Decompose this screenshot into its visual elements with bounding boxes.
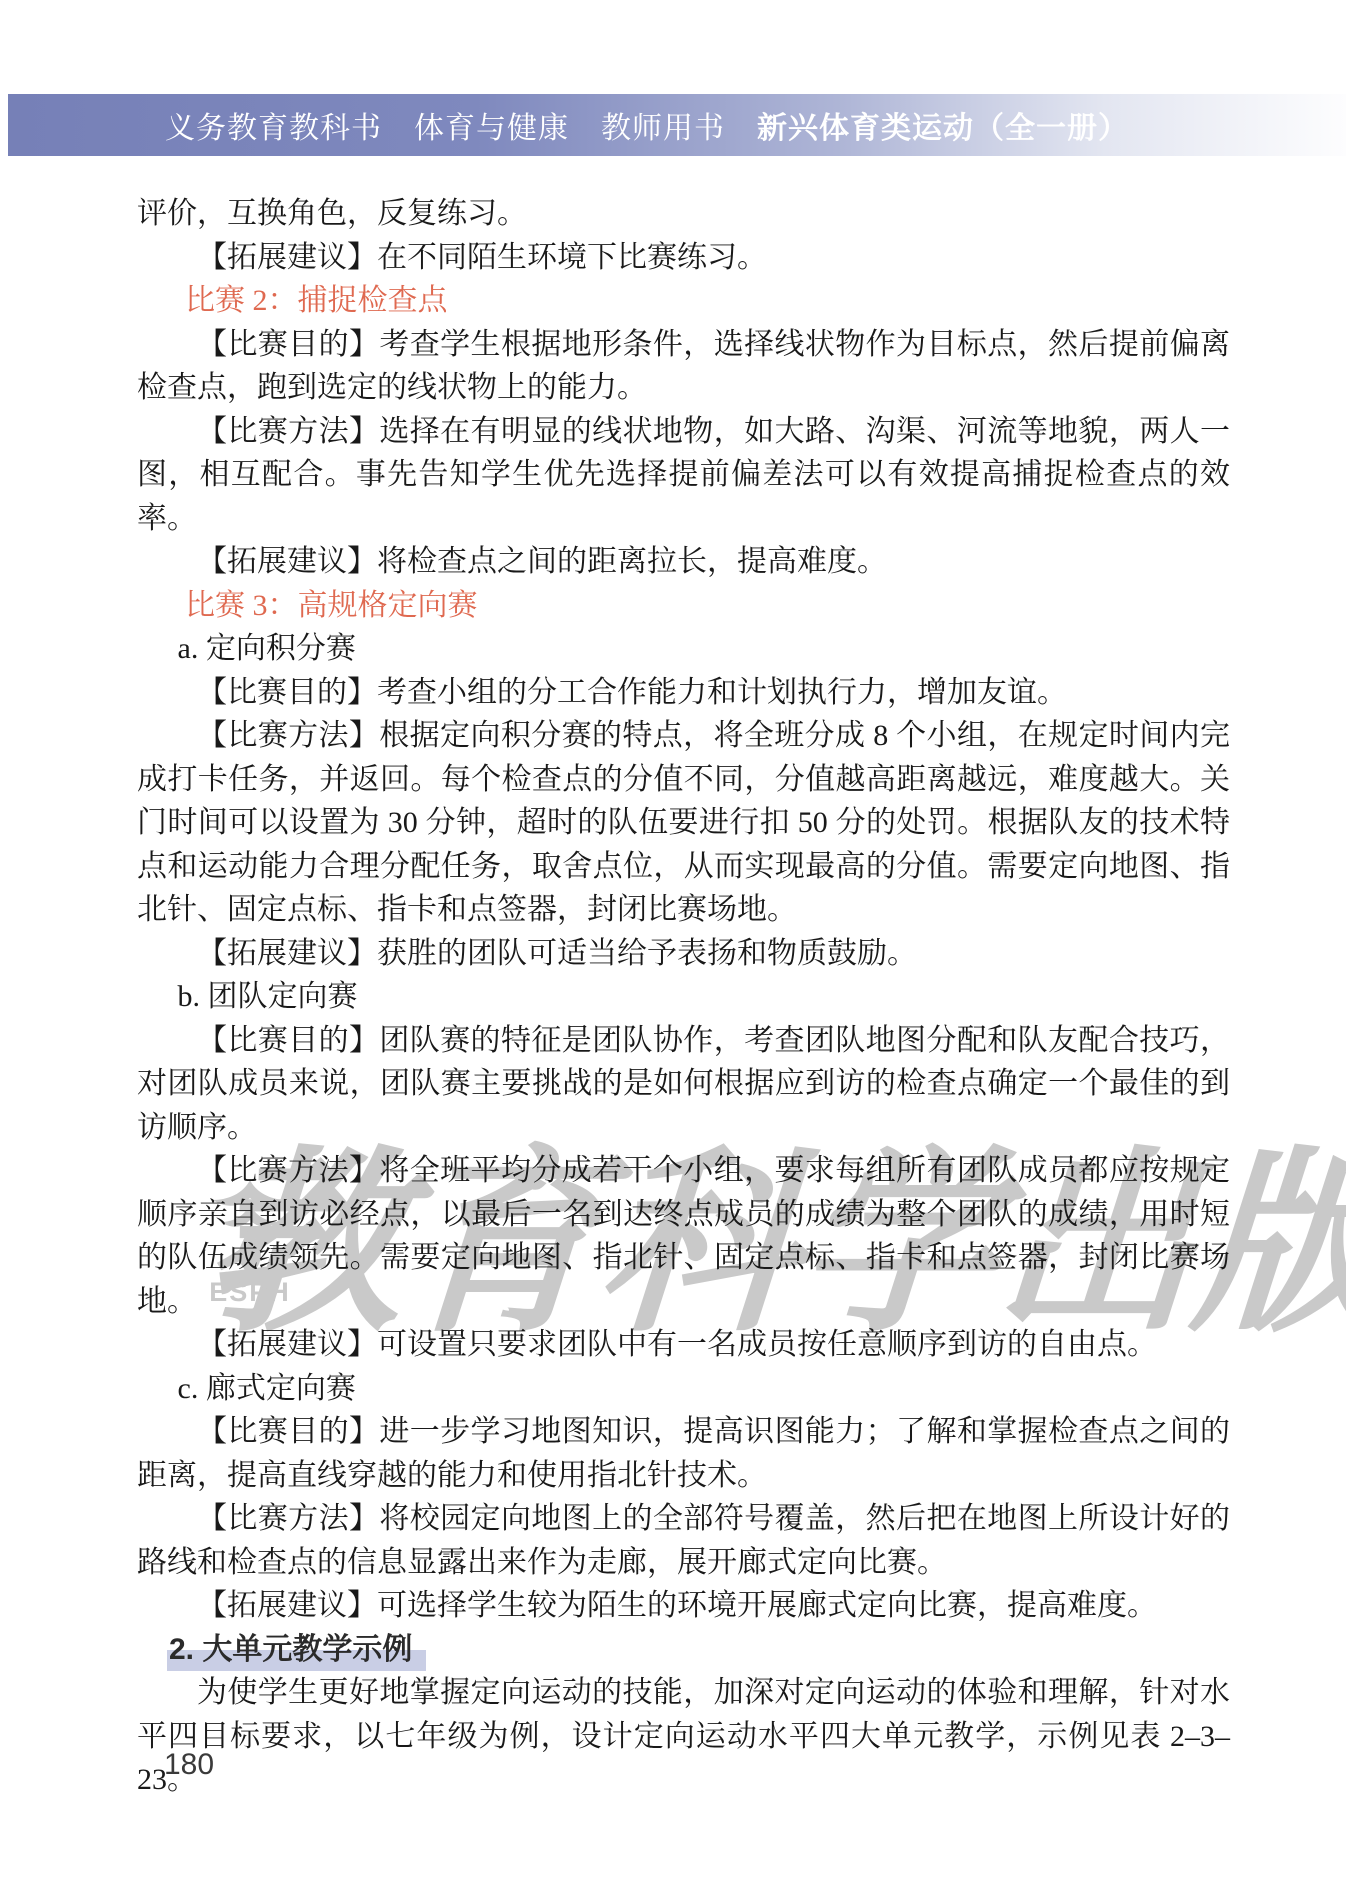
header-booktype-label: 教师用书 — [601, 103, 725, 147]
paragraph: 【比赛方法】根据定向积分赛的特点，将全班分成 8 个小组，在规定时间内完成打卡任… — [137, 714, 1230, 932]
paragraph: 【比赛目的】考查小组的分工合作能力和计划执行力，增加友谊。 — [137, 671, 1230, 715]
paragraph: 【拓展建议】可设置只要求团队中有一名成员按任意顺序到访的自由点。 — [137, 1323, 1230, 1367]
numbered-heading: 2. 大单元教学示例 — [137, 1628, 1230, 1672]
numbered-heading-text: 2. 大单元教学示例 — [167, 1633, 426, 1671]
paragraph: 【拓展建议】将检查点之间的距离拉长，提高难度。 — [137, 540, 1230, 584]
list-item: c. 廊式定向赛 — [137, 1367, 1230, 1411]
paragraph: 【拓展建议】获胜的团队可适当给予表扬和物质鼓励。 — [137, 932, 1230, 976]
paragraph: 【拓展建议】可选择学生较为陌生的环境开展廊式定向比赛，提高难度。 — [137, 1584, 1230, 1628]
page-body-text: 评价，互换角色，反复练习。 【拓展建议】在不同陌生环境下比赛练习。 比赛 2：捕… — [137, 192, 1230, 1802]
paragraph: 评价，互换角色，反复练习。 — [137, 192, 1230, 236]
header-title-label: 新兴体育类运动（全一册） — [757, 103, 1129, 147]
paragraph: 【比赛方法】选择在有明显的线状地物，如大路、沟渠、河流等地貌，两人一图，相互配合… — [137, 410, 1230, 541]
list-item: b. 团队定向赛 — [137, 975, 1230, 1019]
book-page: 义务教育教科书 体育与健康 教师用书 新兴体育类运动（全一册） 教 育 科 学 … — [0, 0, 1346, 1885]
section-subheading: 比赛 2：捕捉检查点 — [137, 279, 1230, 323]
header-subject-label: 体育与健康 — [414, 103, 569, 147]
paragraph: 【比赛方法】将校园定向地图上的全部符号覆盖，然后把在地图上所设计好的路线和检查点… — [137, 1497, 1230, 1584]
paragraph: 【拓展建议】在不同陌生环境下比赛练习。 — [137, 236, 1230, 280]
page-header-band: 义务教育教科书 体育与健康 教师用书 新兴体育类运动（全一册） — [8, 94, 1346, 156]
section-subheading: 比赛 3：高规格定向赛 — [137, 584, 1230, 628]
list-item: a. 定向积分赛 — [137, 627, 1230, 671]
header-series-label: 义务教育教科书 — [165, 103, 382, 147]
paragraph: 【比赛目的】团队赛的特征是团队协作，考查团队地图分配和队友配合技巧，对团队成员来… — [137, 1019, 1230, 1150]
paragraph: 【比赛目的】考查学生根据地形条件，选择线状物作为目标点，然后提前偏离检查点，跑到… — [137, 323, 1230, 410]
paragraph: 【比赛方法】将全班平均分成若干个小组，要求每组所有团队成员都应按规定顺序亲自到访… — [137, 1149, 1230, 1323]
paragraph: 【比赛目的】进一步学习地图知识，提高识图能力；了解和掌握检查点之间的距离，提高直… — [137, 1410, 1230, 1497]
paragraph: 为使学生更好地掌握定向运动的技能，加深对定向运动的体验和理解，针对水平四目标要求… — [137, 1671, 1230, 1802]
page-number: 180 — [164, 1748, 214, 1782]
